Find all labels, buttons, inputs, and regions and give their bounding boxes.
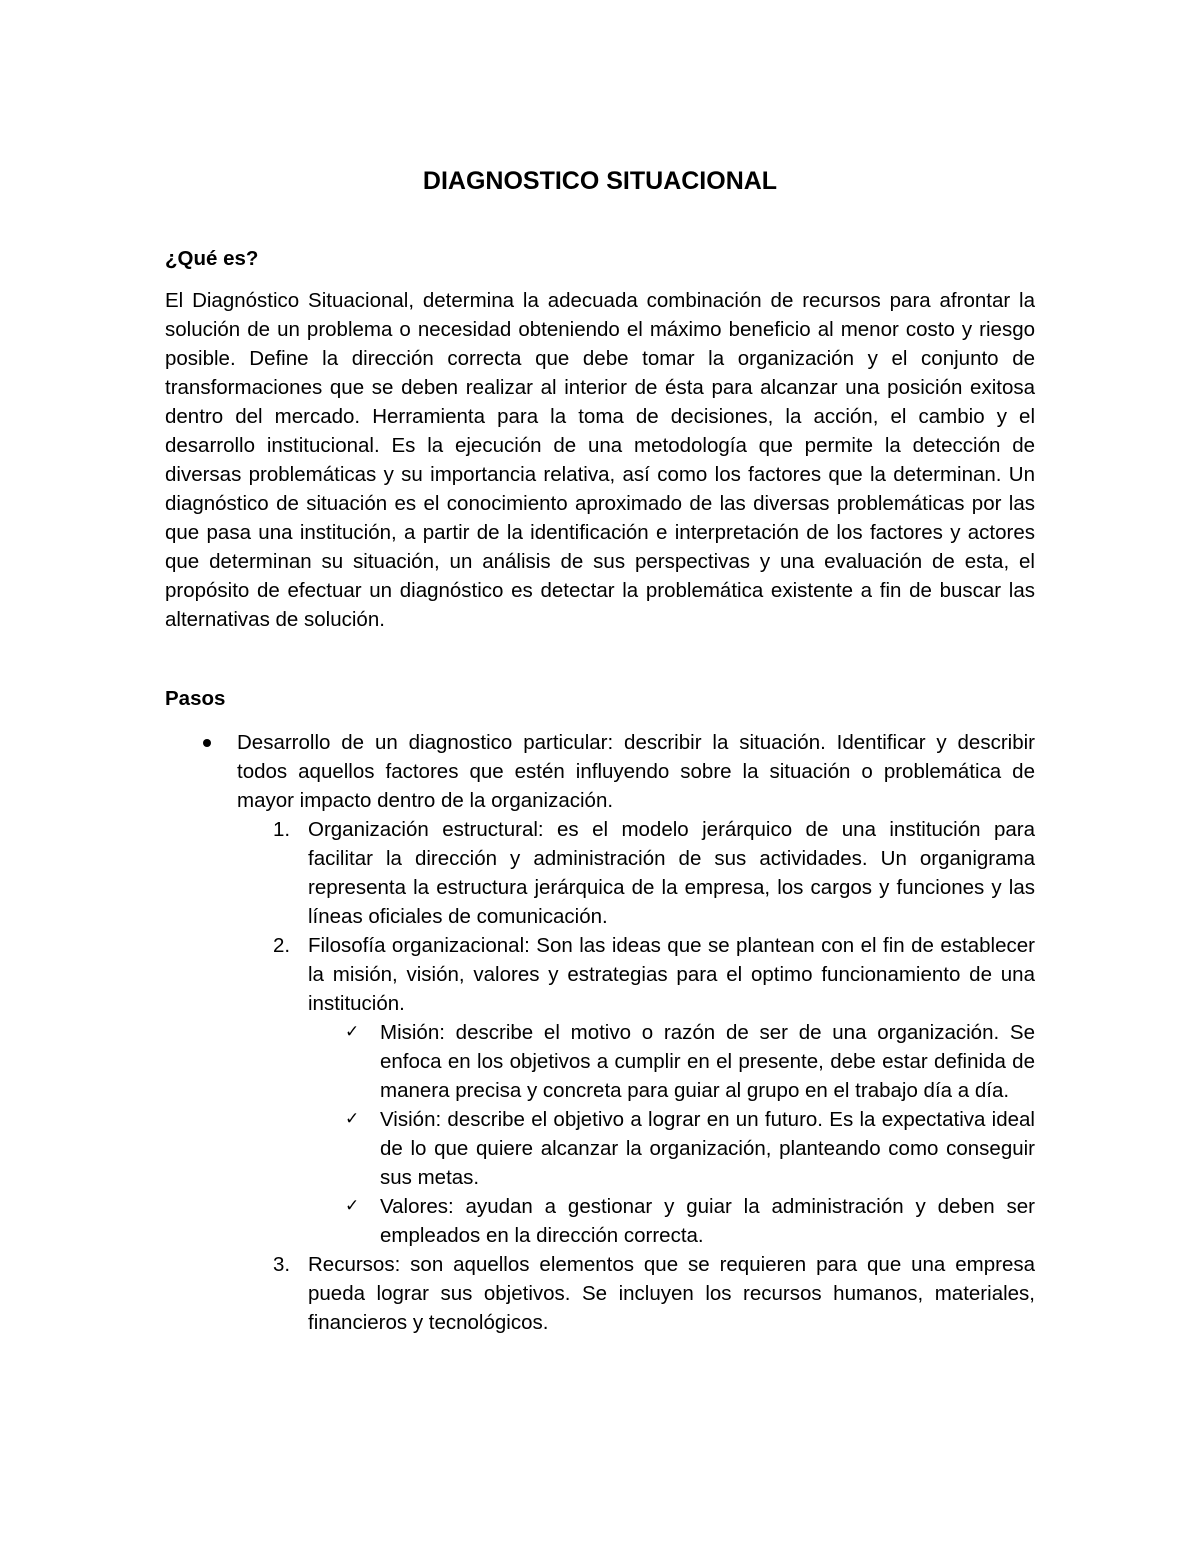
checkmark-icon: ✓ <box>345 1192 359 1221</box>
bullet-dot-icon <box>203 739 211 747</box>
numbered-text: Filosofía organizacional: Son las ideas … <box>308 931 1035 1018</box>
numbered-item-2: 2. Filosofía organizacional: Son las ide… <box>165 931 1035 1018</box>
intro-paragraph: El Diagnóstico Situacional, determina la… <box>165 286 1035 634</box>
checkmark-icon: ✓ <box>345 1105 359 1134</box>
bullet-text: Desarrollo de un diagnostico particular:… <box>237 728 1035 815</box>
heading-pasos: Pasos <box>165 684 225 713</box>
heading-que-es: ¿Qué es? <box>165 244 258 273</box>
check-text: Valores: ayudan a gestionar y guiar la a… <box>380 1192 1035 1250</box>
check-text: Visión: describe el objetivo a lograr en… <box>380 1105 1035 1192</box>
list-number: 3. <box>273 1250 290 1279</box>
numbered-text: Recursos: son aquellos elementos que se … <box>308 1250 1035 1337</box>
bullet-item: Desarrollo de un diagnostico particular:… <box>165 728 1035 815</box>
checkmark-icon: ✓ <box>345 1018 359 1047</box>
numbered-text: Organización estructural: es el modelo j… <box>308 815 1035 931</box>
list-number: 2. <box>273 931 290 960</box>
check-text: Misión: describe el motivo o razón de se… <box>380 1018 1035 1105</box>
check-item-valores: ✓ Valores: ayudan a gestionar y guiar la… <box>165 1192 1035 1250</box>
check-item-mision: ✓ Misión: describe el motivo o razón de … <box>165 1018 1035 1105</box>
list-number: 1. <box>273 815 290 844</box>
document-title: DIAGNOSTICO SITUACIONAL <box>165 166 1035 196</box>
check-item-vision: ✓ Visión: describe el objetivo a lograr … <box>165 1105 1035 1192</box>
numbered-item-1: 1. Organización estructural: es el model… <box>165 815 1035 931</box>
numbered-item-3: 3. Recursos: son aquellos elementos que … <box>165 1250 1035 1337</box>
steps-list: Desarrollo de un diagnostico particular:… <box>165 728 1035 1337</box>
